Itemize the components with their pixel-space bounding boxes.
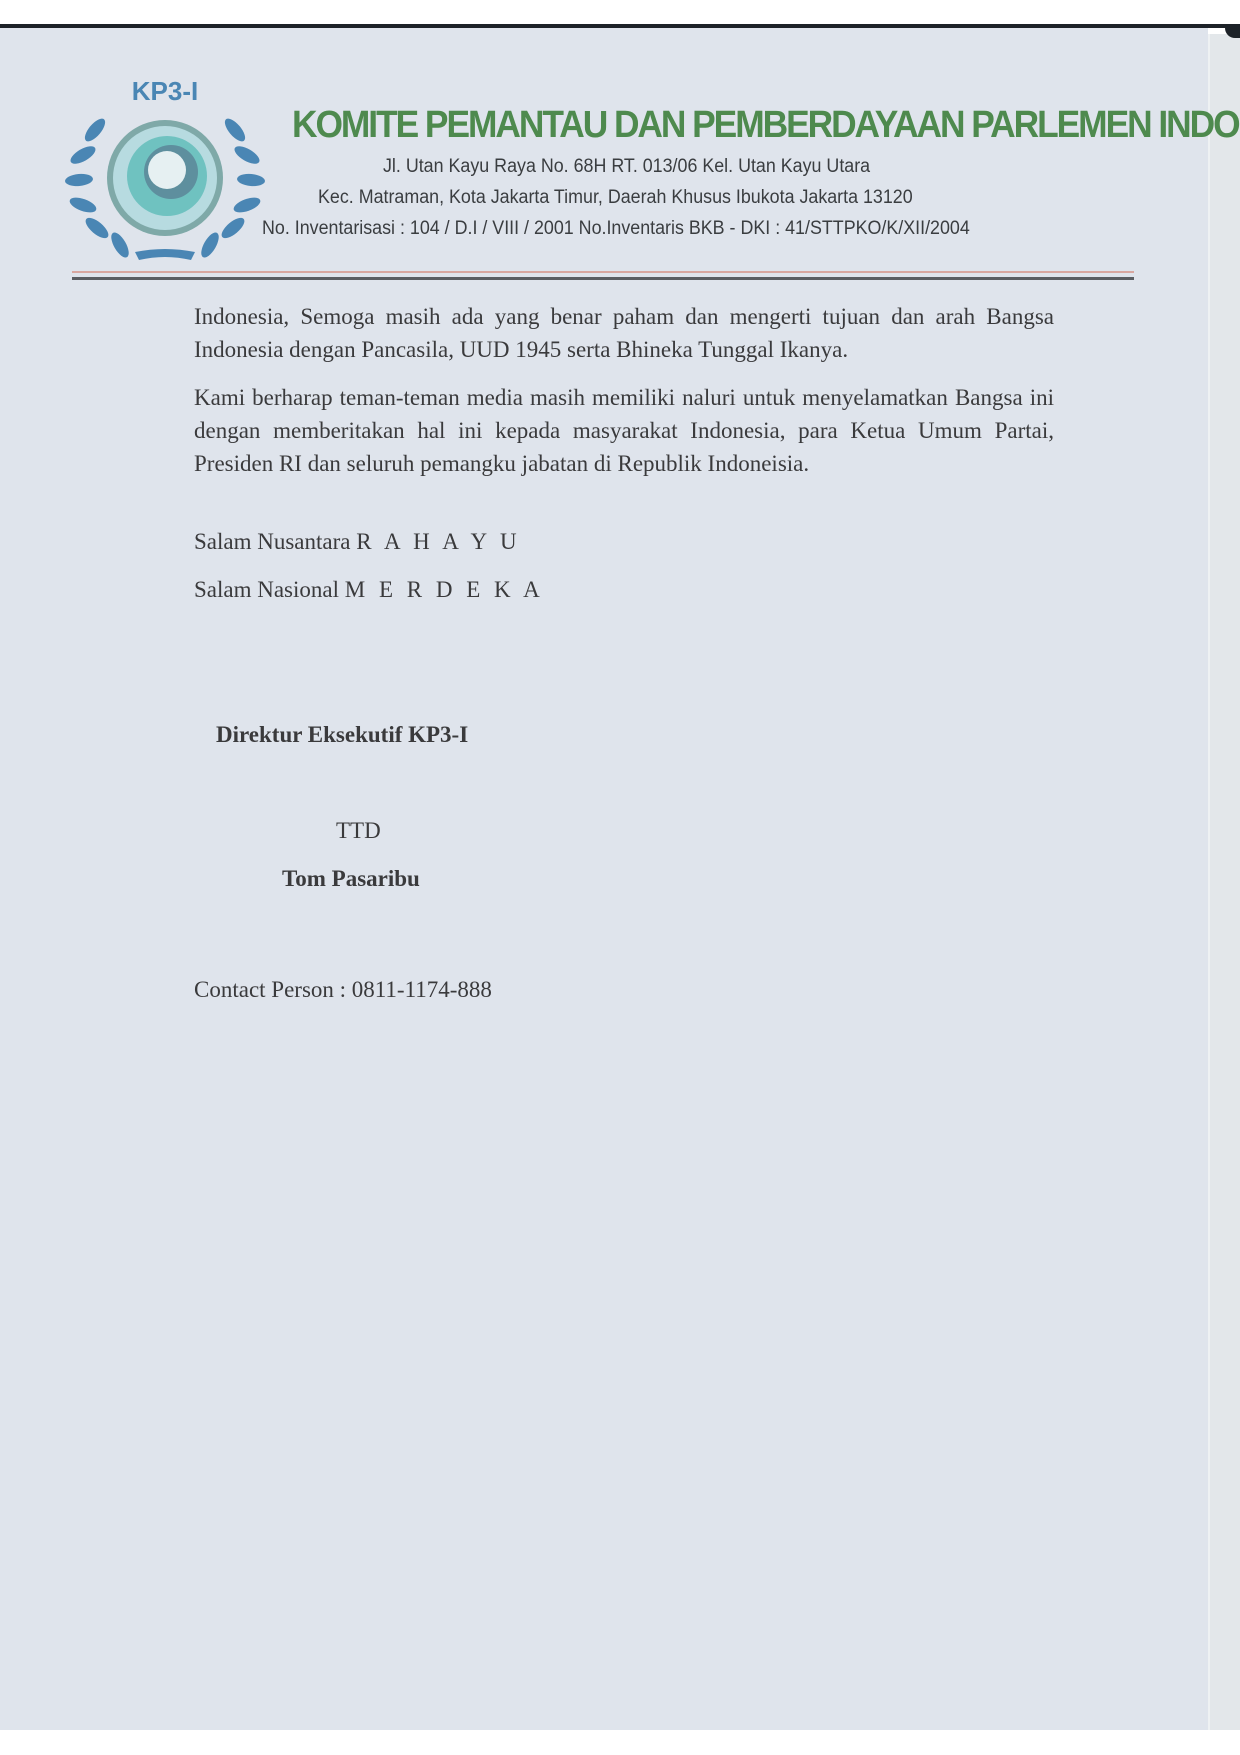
closing-salam-nusantara: Salam Nusantara R A H A Y U (194, 529, 521, 555)
salam-prefix: Salam Nasional (194, 577, 339, 602)
letterhead-rule-thick (72, 277, 1134, 280)
salam-word: M E R D E K A (345, 577, 544, 602)
letterhead-rule-thin (72, 271, 1134, 273)
document-page (0, 28, 1208, 1730)
paragraph-2: Kami berharap teman-teman media masih me… (194, 381, 1054, 480)
organization-title: KOMITE PEMANTAU DAN PEMBERDAYAAN PARLEME… (292, 103, 1036, 147)
kp3i-logo: KP3-I (65, 70, 265, 265)
registration-line: No. Inventarisasi : 104 / D.I / VIII / 2… (262, 218, 970, 240)
closing-salam-nasional: Salam Nasional M E R D E K A (194, 577, 544, 603)
address-line-1: Jl. Utan Kayu Raya No. 68H RT. 013/06 Ke… (383, 156, 870, 178)
signatory-name: Tom Pasaribu (282, 866, 420, 892)
signature-ttd: TTD (336, 818, 381, 844)
logo-text: KP3-I (132, 76, 198, 106)
address-line-2: Kec. Matraman, Kota Jakarta Timur, Daera… (318, 187, 913, 209)
signatory-role: Direktur Eksekutif KP3-I (216, 722, 468, 748)
salam-word: R A H A Y U (356, 529, 520, 554)
paragraph-1: Indonesia, Semoga masih ada yang benar p… (194, 300, 1054, 366)
contact-person: Contact Person : 0811-1174-888 (194, 977, 492, 1003)
page-edge (1208, 34, 1240, 1730)
salam-prefix: Salam Nusantara (194, 529, 350, 554)
